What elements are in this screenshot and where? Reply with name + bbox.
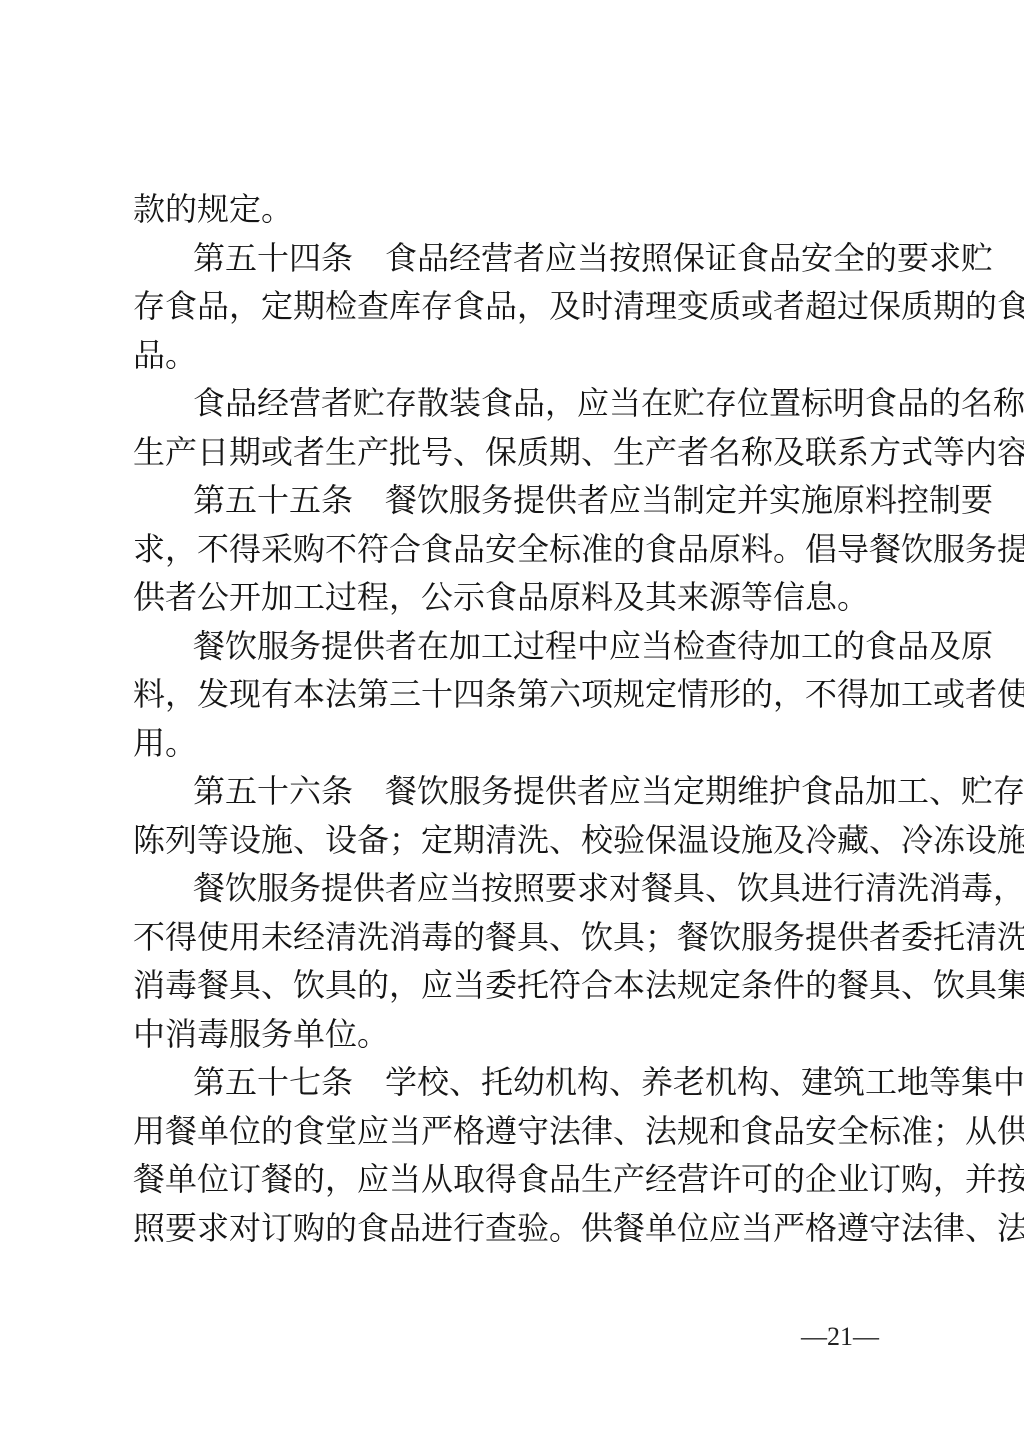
text-line: 餐饮服务提供者在加工过程中应当检查待加工的食品及原 <box>133 622 923 671</box>
text-line: 第五十五条 餐饮服务提供者应当制定并实施原料控制要 <box>133 476 923 525</box>
page-background: 款的规定。 第五十四条 食品经营者应当按照保证食品安全的要求贮 存食品，定期检查… <box>0 0 1024 1450</box>
text-line: 存食品，定期检查库存食品，及时清理变质或者超过保质期的食 <box>133 282 923 331</box>
text-line: 餐饮服务提供者应当按照要求对餐具、饮具进行清洗消毒， <box>133 864 923 913</box>
text-line: 用餐单位的食堂应当严格遵守法律、法规和食品安全标准；从供 <box>133 1107 923 1156</box>
text-line: 不得使用未经清洗消毒的餐具、饮具；餐饮服务提供者委托清洗 <box>133 913 923 962</box>
text-line: 餐单位订餐的，应当从取得食品生产经营许可的企业订购，并按 <box>133 1155 923 1204</box>
text-line: 用。 <box>133 719 923 768</box>
text-line: 生产日期或者生产批号、保质期、生产者名称及联系方式等内容。 <box>133 428 923 477</box>
text-line: 第五十四条 食品经营者应当按照保证食品安全的要求贮 <box>133 234 923 283</box>
text-line: 料，发现有本法第三十四条第六项规定情形的，不得加工或者使 <box>133 670 923 719</box>
text-line: 款的规定。 <box>133 185 923 234</box>
text-line: 第五十六条 餐饮服务提供者应当定期维护食品加工、贮存、 <box>133 767 923 816</box>
text-line: 第五十七条 学校、托幼机构、养老机构、建筑工地等集中 <box>133 1058 923 1107</box>
document-body: 款的规定。 第五十四条 食品经营者应当按照保证食品安全的要求贮 存食品，定期检查… <box>133 185 923 1252</box>
text-line: 品。 <box>133 331 923 380</box>
text-line: 消毒餐具、饮具的，应当委托符合本法规定条件的餐具、饮具集 <box>133 961 923 1010</box>
text-line: 中消毒服务单位。 <box>133 1010 923 1059</box>
text-line: 食品经营者贮存散装食品，应当在贮存位置标明食品的名称、 <box>133 379 923 428</box>
text-line: 供者公开加工过程，公示食品原料及其来源等信息。 <box>133 573 923 622</box>
text-line: 求，不得采购不符合食品安全标准的食品原料。倡导餐饮服务提 <box>133 525 923 574</box>
page-number: —21— <box>795 1322 885 1352</box>
text-line: 照要求对订购的食品进行查验。供餐单位应当严格遵守法律、法 <box>133 1204 923 1253</box>
document-page: { "doc": { "lines": [ "款的规定。", "第五十四条 食品… <box>0 0 1024 1450</box>
text-line: 陈列等设施、设备；定期清洗、校验保温设施及冷藏、冷冻设施。 <box>133 816 923 865</box>
